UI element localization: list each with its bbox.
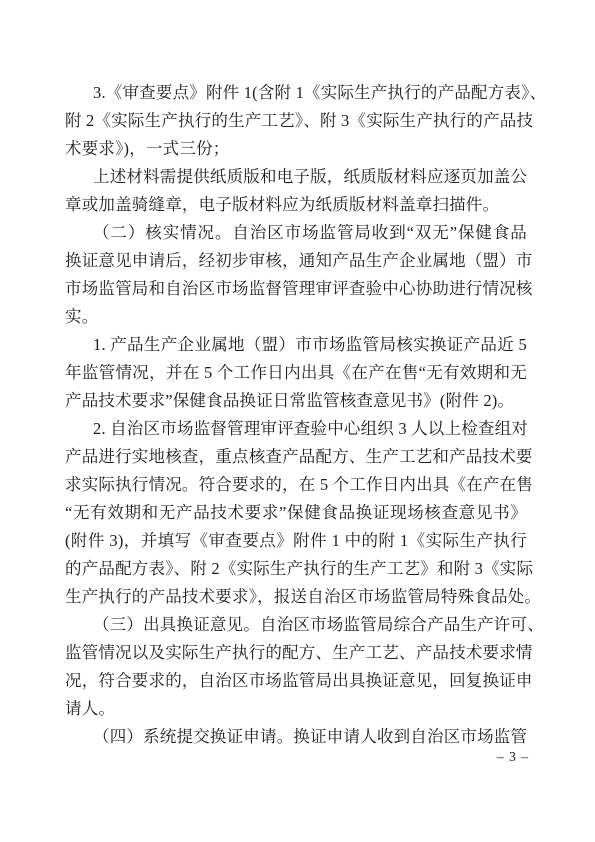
text-line: 3.《审查要点》附件 1(含附 1《实际生产执行的产品配方表》、 — [65, 79, 527, 107]
text-line: （三）出具换证意见。自治区市场监管局综合产品生产许可、 — [65, 611, 527, 639]
text-line: 况，符合要求的，自治区市场监管局出具换证意见，回复换证申 — [65, 667, 527, 695]
text-line: 求实际执行情况。符合要求的，在 5 个工作日内出具《在产在售 — [65, 471, 527, 499]
document-body: 3.《审查要点》附件 1(含附 1《实际生产执行的产品配方表》、附 2《实际生产… — [65, 79, 527, 751]
document-page: 3.《审查要点》附件 1(含附 1《实际生产执行的产品配方表》、附 2《实际生产… — [0, 0, 595, 842]
text-line: 年监管情况，并在 5 个工作日内出具《在产在售“无有效期和无 — [65, 359, 527, 387]
text-line: （二）核实情况。自治区市场监管局收到“双无”保健食品 — [65, 219, 527, 247]
text-line: 监管情况以及实际生产执行的配方、生产工艺、产品技术要求情 — [65, 639, 527, 667]
text-line: 2. 自治区市场监督管理审评查验中心组织 3 人以上检查组对 — [65, 415, 527, 443]
text-line: 实。 — [65, 303, 527, 331]
text-line: 请人。 — [65, 695, 527, 723]
text-line: 术要求》)，一式三份； — [65, 135, 527, 163]
text-line: 上述材料需提供纸质版和电子版，纸质版材料应逐页加盖公 — [65, 163, 527, 191]
text-line: （四）系统提交换证申请。换证申请人收到自治区市场监管 — [65, 723, 527, 751]
text-line: 市场监管局和自治区市场监督管理审评查验中心协助进行情况核 — [65, 275, 527, 303]
text-line: 产品进行实地核查，重点核查产品配方、生产工艺和产品技术要 — [65, 443, 527, 471]
text-line: “无有效期和无产品技术要求”保健食品换证现场核查意见书》 — [65, 499, 527, 527]
page-number: – 3 – — [497, 749, 529, 765]
text-line: 1. 产品生产企业属地（盟）市市场监管局核实换证产品近 5 — [65, 331, 527, 359]
text-line: 附 2《实际生产执行的生产工艺》、附 3《实际生产执行的产品技 — [65, 107, 527, 135]
text-line: (附件 3)，并填写《审查要点》附件 1 中的附 1《实际生产执行 — [65, 527, 527, 555]
text-line: 产品技术要求”保健食品换证日常监管核查意见书》(附件 2)。 — [65, 387, 527, 415]
text-line: 生产执行的产品技术要求》，报送自治区市场监管局特殊食品处。 — [65, 583, 527, 611]
text-line: 换证意见申请后，经初步审核，通知产品生产企业属地（盟）市 — [65, 247, 527, 275]
text-line: 的产品配方表》、附 2《实际生产执行的生产工艺》和附 3《实际 — [65, 555, 527, 583]
text-line: 章或加盖骑缝章，电子版材料应为纸质版材料盖章扫描件。 — [65, 191, 527, 219]
